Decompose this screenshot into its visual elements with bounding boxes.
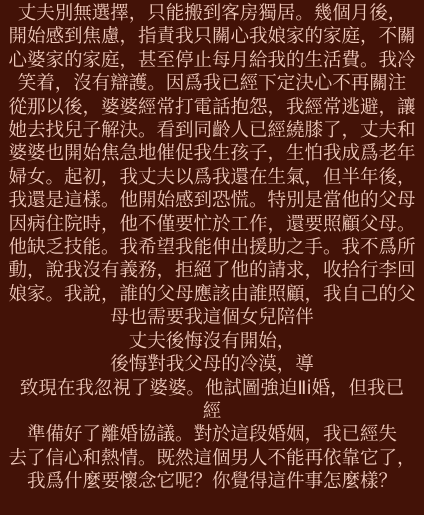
caption-line: 心婆家的家庭，甚至停止每月給我的生活費。我冷 — [0, 49, 424, 72]
caption-line: 準備好了離婚協議。對於這段婚姻，我已經失 — [0, 423, 424, 446]
caption-line: 動，說我沒有義務，拒絕了他的請求，收拾行李回 — [0, 259, 424, 282]
caption-line: 娘家。我說，誰的父母應該由誰照顧，我自己的父 — [0, 283, 424, 306]
caption-line: 她去找兒子解決。看到同齡人已經繞膝了，丈夫和 — [0, 119, 424, 142]
caption-line: 開始感到焦慮，指責我只關心我娘家的家庭，不關 — [0, 25, 424, 48]
caption-line: 丈夫後悔沒有開始， — [0, 330, 424, 353]
caption-line: 婆婆也開始焦急地催促我生孩子，生怕我成爲老年 — [0, 142, 424, 165]
caption-line: 去了信心和熱情。既然這個男人不能再依靠它了， — [0, 447, 424, 470]
caption-line: 從那以後，婆婆經常打電話抱怨，我經常逃避，讓 — [0, 96, 424, 119]
caption-line: 我還是這樣。他開始感到恐慌。特別是當他的父母 — [0, 189, 424, 212]
caption-line: 致現在我忽視了婆婆。他試圖強迫Ⅱi婚，但我已 — [0, 377, 424, 400]
caption-line: 丈夫別無選擇，只能搬到客房獨居。幾個月後， — [0, 2, 424, 25]
caption-line: 我爲什麼要懷念它呢？你覺得這件事怎麼樣？ — [0, 470, 424, 493]
caption-line: 經 — [0, 400, 424, 423]
caption-line: 母也需要我這個女兒陪伴 — [0, 306, 424, 329]
subtitle-caption: 丈夫別無選擇，只能搬到客房獨居。幾個月後， 開始感到焦慮，指責我只關心我娘家的家… — [0, 2, 424, 494]
caption-line: 因病住院時，他不僅要忙於工作，還要照顧父母。 — [0, 213, 424, 236]
caption-line: 他缺乏技能。我希望我能伸出援助之手。我不爲所 — [0, 236, 424, 259]
caption-line: 婦女。起初，我丈夫以爲我還在生氣，但半年後， — [0, 166, 424, 189]
caption-line: 笑着，沒有辯護。因爲我已經下定決心不再關注 — [0, 72, 424, 95]
caption-line: 後悔對我父母的冷漠，導 — [0, 353, 424, 376]
